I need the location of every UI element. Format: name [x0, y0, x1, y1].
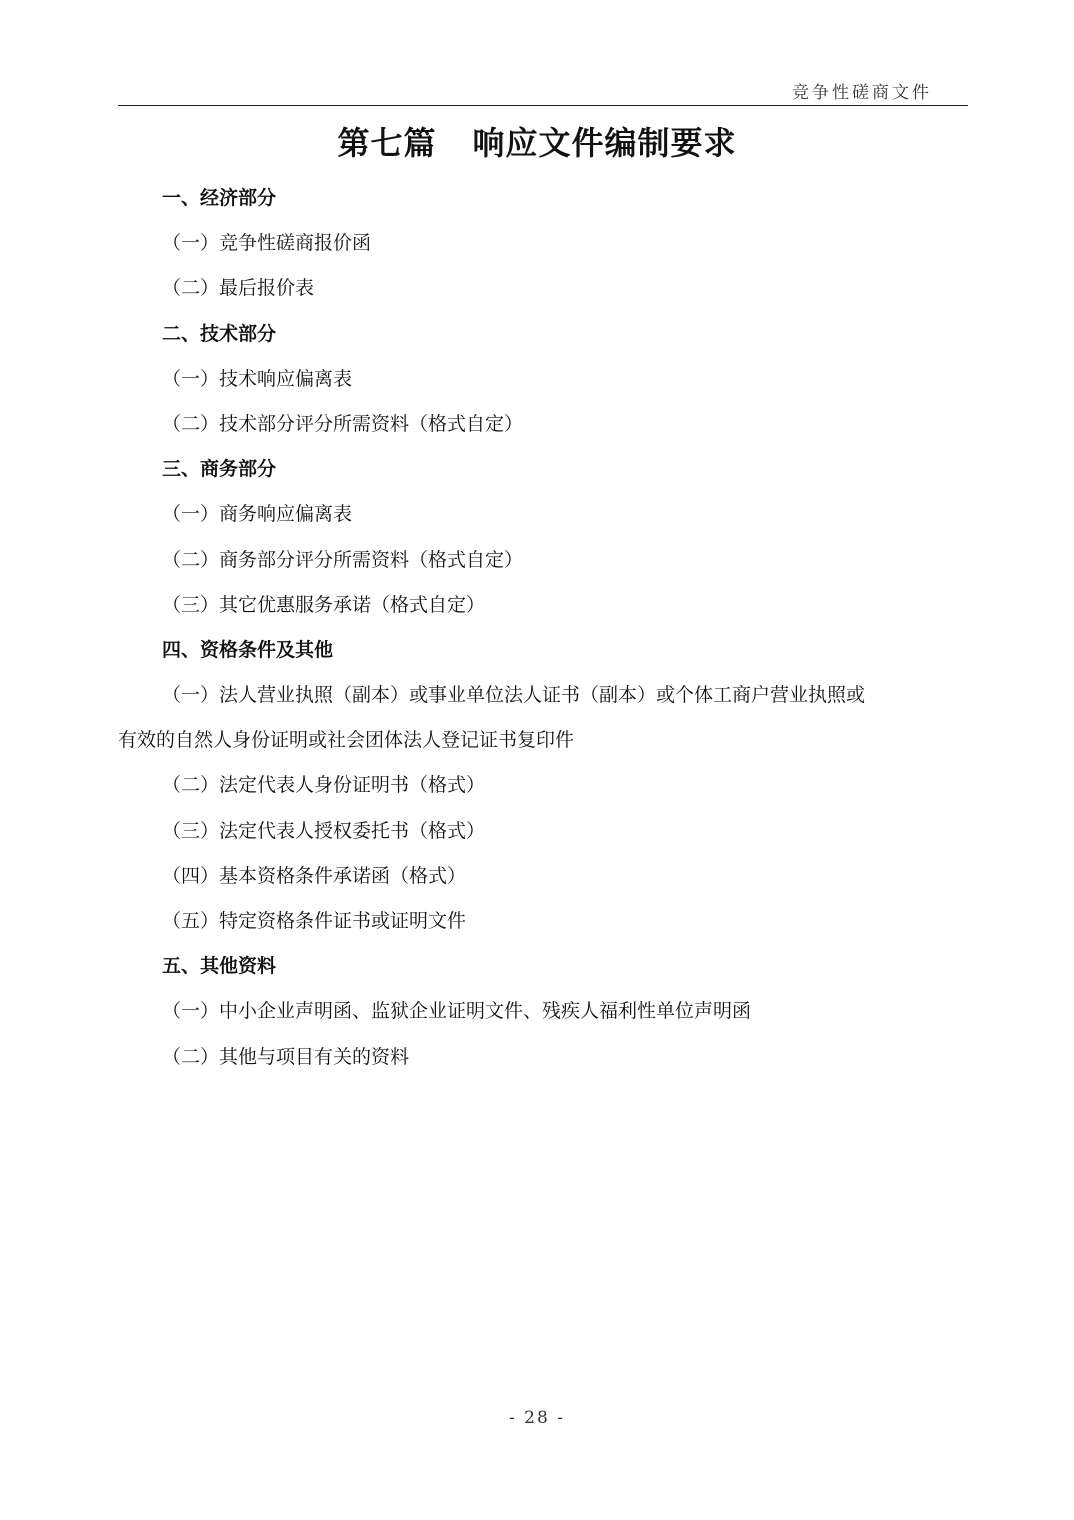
- list-item: （三）其它优惠服务承诺（格式自定）: [118, 587, 968, 632]
- document-body: 一、经济部分 （一）竞争性磋商报价函 （二）最后报价表 二、技术部分 （一）技术…: [118, 180, 968, 1084]
- page-title: 第七篇响应文件编制要求: [0, 118, 1074, 164]
- list-item: （一）中小企业声明函、监狱企业证明文件、残疾人福利性单位声明函: [118, 993, 968, 1038]
- section-heading: 一、经济部分: [118, 180, 968, 225]
- list-item: （一）技术响应偏离表: [118, 361, 968, 406]
- page-number: - 28 -: [0, 1408, 1074, 1428]
- list-item-continuation: 有效的自然人身份证明或社会团体法人登记证书复印件: [118, 722, 968, 767]
- section-heading: 五、其他资料: [118, 948, 968, 993]
- list-item: （五）特定资格条件证书或证明文件: [118, 903, 968, 948]
- title-name: 响应文件编制要求: [473, 124, 737, 162]
- running-header: 竞争性磋商文件: [792, 78, 932, 103]
- list-item: （二）法定代表人身份证明书（格式）: [118, 767, 968, 812]
- header-rule: [118, 105, 968, 106]
- title-part: 第七篇: [337, 124, 436, 162]
- list-item: （一）商务响应偏离表: [118, 496, 968, 541]
- list-item: （三）法定代表人授权委托书（格式）: [118, 813, 968, 858]
- list-item: （二）最后报价表: [118, 270, 968, 315]
- section-heading: 三、商务部分: [118, 451, 968, 496]
- list-item: （四）基本资格条件承诺函（格式）: [118, 858, 968, 903]
- list-item: （一）竞争性磋商报价函: [118, 225, 968, 270]
- section-heading: 二、技术部分: [118, 316, 968, 361]
- section-heading: 四、资格条件及其他: [118, 632, 968, 677]
- list-item: （一）法人营业执照（副本）或事业单位法人证书（副本）或个体工商户营业执照或: [118, 677, 968, 722]
- list-item: （二）商务部分评分所需资料（格式自定）: [118, 542, 968, 587]
- list-item: （二）其他与项目有关的资料: [118, 1039, 968, 1084]
- list-item: （二）技术部分评分所需资料（格式自定）: [118, 406, 968, 451]
